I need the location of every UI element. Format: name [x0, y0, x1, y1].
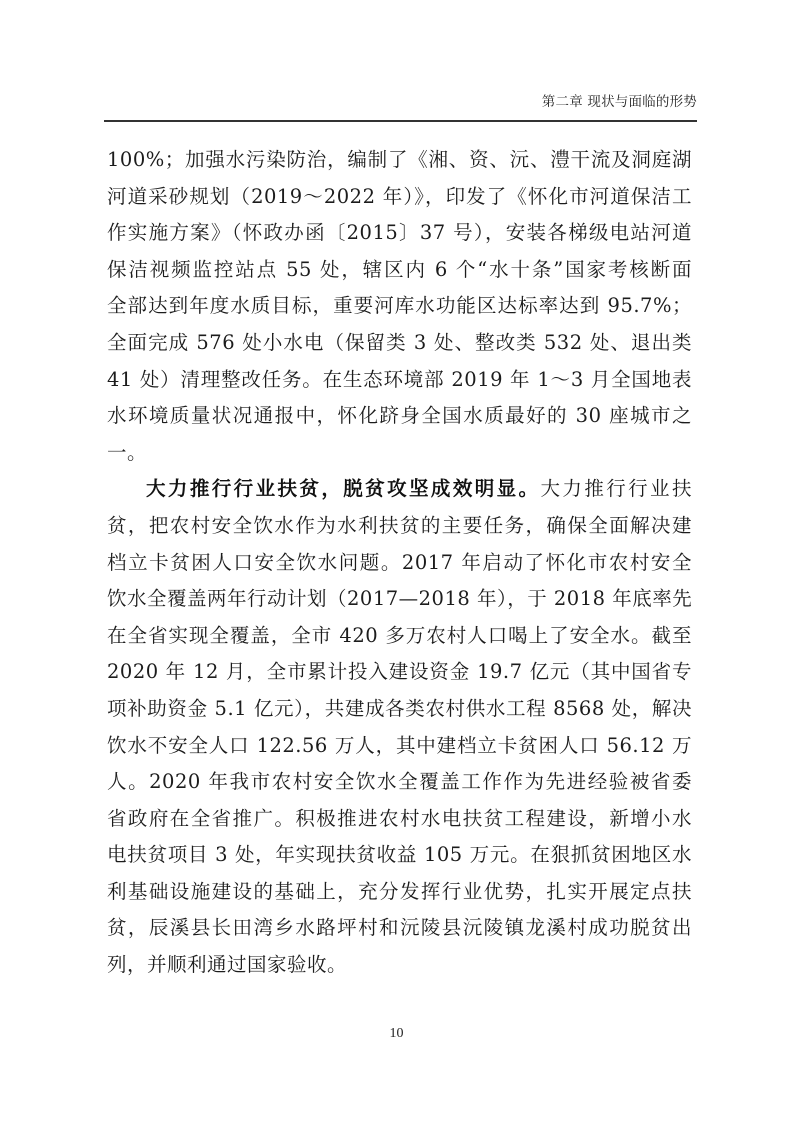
paragraph-first-line: 大力推行行业扶贫，脱贫攻坚成效明显。大力推行行业扶 — [107, 471, 692, 508]
text-line: 贫，把农村安全饮水作为水利扶贫的主要任务，确保全面解决建 — [107, 508, 692, 545]
text-line: 贫，辰溪县长田湾乡水路坪村和沅陵县沅陵镇龙溪村成功脱贫出 — [107, 910, 692, 947]
bold-lead-heading: 大力推行行业扶贫，脱贫攻坚成效明显。 — [146, 477, 540, 500]
body-text: 100%；加强水污染防治，编制了《湘、资、沅、澧干流及洞庭湖 河道采砂规划（20… — [107, 142, 692, 984]
text-line: 人。2020 年我市农村安全饮水全覆盖工作作为先进经验被省委 — [107, 764, 692, 801]
text-line: 列，并顺利通过国家验收。 — [107, 947, 692, 984]
text-line: 保洁视频监控站点 55 处，辖区内 6 个“水十条”国家考核断面 — [107, 252, 692, 289]
text-line: 省政府在全省推广。积极推进农村水电扶贫工程建设，新增小水 — [107, 801, 692, 838]
document-page: 第二章 现状与面临的形势 100%；加强水污染防治，编制了《湘、资、沅、澧干流及… — [0, 0, 793, 1122]
text-line: 电扶贫项目 3 处，年实现扶贫收益 105 万元。在狠抓贫困地区水 — [107, 837, 692, 874]
text-line: 项补助资金 5.1 亿元），共建成各类农村供水工程 8568 处，解决 — [107, 691, 692, 728]
text-line: 档立卡贫困人口安全饮水问题。2017 年启动了怀化市农村安全 — [107, 545, 692, 582]
text-line: 41 处）清理整改任务。在生态环境部 2019 年 1～3 月全国地表 — [107, 362, 692, 399]
paragraph-water-pollution: 100%；加强水污染防治，编制了《湘、资、沅、澧干流及洞庭湖 河道采砂规划（20… — [107, 142, 692, 471]
text-line: 全面完成 576 处小水电（保留类 3 处、整改类 532 处、退出类 — [107, 325, 692, 362]
text-line: 一。 — [107, 435, 692, 472]
text-line: 饮水不安全人口 122.56 万人，其中建档立卡贫困人口 56.12 万 — [107, 728, 692, 765]
text-line: 饮水全覆盖两年行动计划（2017—2018 年），于 2018 年底率先 — [107, 581, 692, 618]
paragraph-poverty-alleviation: 大力推行行业扶贫，脱贫攻坚成效明显。大力推行行业扶 贫，把农村安全饮水作为水利扶… — [107, 471, 692, 983]
text-line: 在全省实现全覆盖，全市 420 多万农村人口喝上了安全水。截至 — [107, 618, 692, 655]
first-line-text: 大力推行行业扶 — [540, 477, 692, 500]
text-line: 河道采砂规划（2019～2022 年）》，印发了《怀化市河道保洁工 — [107, 179, 692, 216]
chapter-running-header: 第二章 现状与面临的形势 — [104, 90, 697, 110]
page-number: 10 — [0, 1026, 793, 1042]
header-divider — [104, 120, 697, 122]
text-line: 作实施方案》（怀政办函〔2015〕37 号），安装各梯级电站河道 — [107, 215, 692, 252]
text-line: 全部达到年度水质目标，重要河库水功能区达标率达到 95.7%； — [107, 288, 692, 325]
text-line: 利基础设施建设的基础上，充分发挥行业优势，扎实开展定点扶 — [107, 874, 692, 911]
text-line: 100%；加强水污染防治，编制了《湘、资、沅、澧干流及洞庭湖 — [107, 142, 692, 179]
text-line: 2020 年 12 月，全市累计投入建设资金 19.7 亿元（其中国省专 — [107, 654, 692, 691]
text-line: 水环境质量状况通报中，怀化跻身全国水质最好的 30 座城市之 — [107, 398, 692, 435]
